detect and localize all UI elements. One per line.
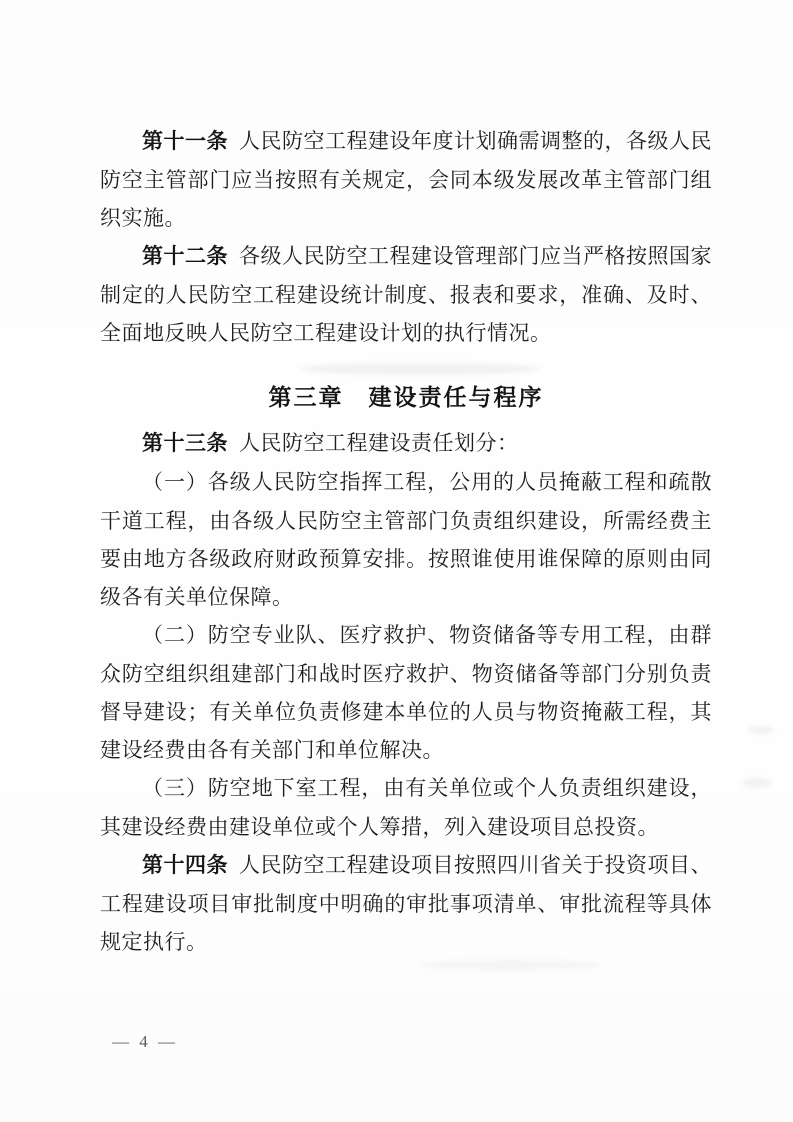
paragraph-article-13: 第十三条人民防空工程建设责任划分： <box>100 424 712 463</box>
article-12-number: 第十二条 <box>142 245 228 268</box>
article-13-number: 第十三条 <box>142 432 228 455</box>
paragraph-article-12: 第十二条各级人民防空工程建设管理部门应当严格按照国家制定的人民防空工程建设统计制… <box>100 237 712 352</box>
paragraph-article-14: 第十四条人民防空工程建设项目按照四川省关于投资项目、工程建设项目审批制度中明确的… <box>100 846 712 961</box>
paragraph-item-2: （二）防空专业队、医疗救护、物资储备等专用工程，由群众防空组织组建部门和战时医疗… <box>100 616 712 769</box>
page-number: — 4 — <box>112 1032 178 1052</box>
scan-smudge <box>742 778 772 787</box>
scan-smudge <box>420 960 600 970</box>
paragraph-article-11: 第十一条人民防空工程建设年度计划确需调整的，各级人民防空主管部门应当按照有关规定… <box>100 122 712 237</box>
article-11-number: 第十一条 <box>142 130 228 153</box>
paragraph-item-3: （三）防空地下室工程，由有关单位或个人负责组织建设，其建设经费由建设单位或个人筹… <box>100 769 712 846</box>
paragraph-item-1: （一）各级人民防空指挥工程，公用的人员掩蔽工程和疏散干道工程，由各级人民防空主管… <box>100 463 712 616</box>
chapter-heading: 第三章 建设责任与程序 <box>100 378 712 416</box>
document-body: 第十一条人民防空工程建设年度计划确需调整的，各级人民防空主管部门应当按照有关规定… <box>100 122 712 961</box>
scan-smudge <box>748 726 774 734</box>
item-3-text: （三）防空地下室工程，由有关单位或个人负责组织建设，其建设经费由建设单位或个人筹… <box>100 776 712 839</box>
article-14-number: 第十四条 <box>142 854 228 877</box>
item-2-text: （二）防空专业队、医疗救护、物资储备等专用工程，由群众防空组织组建部门和战时医疗… <box>100 623 712 762</box>
document-page: 第十一条人民防空工程建设年度计划确需调整的，各级人民防空主管部门应当按照有关规定… <box>0 0 793 1122</box>
article-13-text: 人民防空工程建设责任划分： <box>239 431 519 455</box>
item-1-text: （一）各级人民防空指挥工程，公用的人员掩蔽工程和疏散干道工程，由各级人民防空主管… <box>100 470 712 609</box>
